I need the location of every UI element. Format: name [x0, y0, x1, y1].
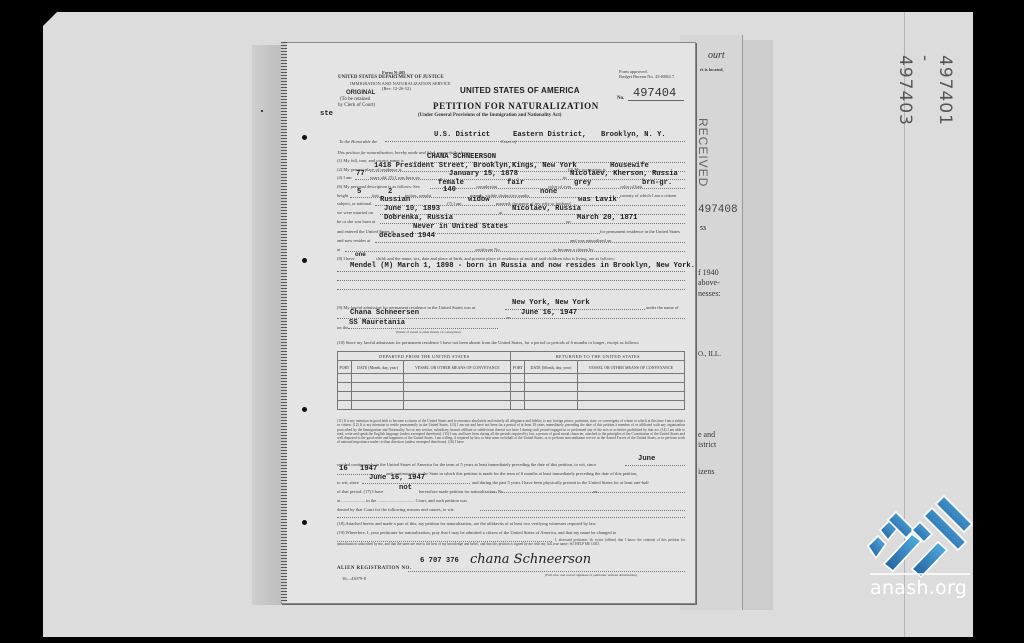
marriage-place-value: Nicolaev, Russia — [512, 205, 581, 213]
oath-text: I, aforesaid petitioner, do swear (affir… — [337, 538, 685, 547]
spouse-residence-value: deceased 1944 — [379, 232, 435, 240]
returned-header: RETURNED TO THE UNITED STATES — [511, 352, 685, 361]
court-city: Brooklyn, N. Y. — [601, 131, 666, 139]
q17-value: not — [399, 484, 412, 492]
margin-text-ste: ste — [320, 110, 333, 118]
q18-text: (18) Attached hereto and made a part of … — [337, 521, 596, 526]
absence-table: DEPARTED FROM THE UNITED STATES RETURNED… — [337, 351, 685, 410]
petition-number: 497404 — [633, 86, 676, 100]
background-text-nesses: nesses: — [698, 289, 721, 298]
line — [410, 233, 600, 234]
petition-title: PETITION FOR NATURALIZATION — [433, 101, 599, 111]
resided-day-value: 16 — [339, 465, 348, 473]
perforated-edge — [281, 42, 287, 602]
retained-note-1: (To be retained — [340, 97, 370, 102]
form-code: 16—43079-8 — [342, 576, 366, 581]
col-port: PORT — [338, 361, 352, 374]
table-row — [338, 392, 685, 401]
background-text-above: above- — [698, 278, 720, 287]
original-label: ORIGINAL — [346, 90, 375, 96]
background-text-citizens: izens — [698, 467, 714, 476]
permanent-residence-label: for permanent residence in the United St… — [600, 229, 680, 234]
spouse-value: was Lavik — [578, 196, 617, 204]
admission-date-value: June 16, 1947 — [521, 309, 577, 317]
line — [345, 251, 685, 252]
background-petition-number: 497408 — [698, 204, 738, 216]
signature-note: (Full, true, and correct signature of pe… — [545, 573, 637, 577]
subject-label: subject, or national — [337, 201, 371, 206]
full-name-value: CHANA SCHNEERSON — [427, 153, 496, 161]
children-label: child; and the name, sex, date and place… — [376, 256, 615, 261]
to-wit-label: to wit, since — [337, 480, 359, 485]
occupation-value: Housewife — [610, 162, 649, 170]
budget-bureau: Budget Bureau No. 43-R082.7. — [619, 74, 675, 79]
background-text-and: e and — [698, 430, 715, 439]
col-date: DATE (Month, day, year) — [351, 361, 404, 374]
petitioner-signature: chana Schneerson — [470, 552, 591, 567]
admission-name-value: Chana Schneersen — [350, 309, 419, 317]
court-line-text: at ..................... in the ........… — [337, 498, 467, 503]
line — [337, 517, 685, 518]
height-label: height — [337, 193, 348, 198]
line — [337, 280, 685, 281]
punch-hole — [302, 407, 307, 412]
hair-value: brn-gr. — [642, 179, 672, 187]
punch-hole — [302, 258, 307, 263]
petition-number-underline — [628, 100, 684, 101]
sheet-shadow — [252, 45, 282, 605]
birth-date-value: January 15, 1878 — [449, 170, 518, 178]
denied-text: denied by that Court for the following r… — [337, 507, 454, 512]
complexion-value: fair — [507, 179, 524, 187]
district-name: Eastern District, — [513, 131, 586, 139]
line — [430, 188, 685, 189]
vessel-note: (Name of vessel or other means of convey… — [396, 330, 461, 334]
background-text-ill: O., ILL. — [698, 350, 721, 358]
line — [490, 492, 685, 493]
punch-hole — [302, 135, 307, 140]
petition-subtitle: (Under General Provisions of the Immigra… — [418, 113, 561, 118]
country-heading: UNITED STATES OF AMERICA — [460, 86, 580, 95]
stamp-received: RECEIVED — [696, 118, 710, 187]
spouse-entry-value: Never in United States — [413, 223, 508, 231]
physical-text: and during the past 5 years I have been … — [472, 480, 649, 485]
line — [625, 465, 685, 466]
honorable-label: To the Honorable the — [339, 139, 377, 144]
admission-place-value: New York, New York — [512, 299, 590, 307]
vessel-value: SS Mauretania — [349, 319, 405, 327]
table-row — [338, 383, 685, 392]
background-sheet-top-word: ourt — [708, 50, 725, 61]
col-vessel: VESSEL OR OTHER MEANS OF CONVEYANCE — [577, 361, 684, 374]
background-number2: 53 — [700, 226, 706, 232]
board-corner-notch — [43, 12, 57, 26]
departed-header: DEPARTED FROM THE UNITED STATES — [338, 352, 511, 361]
line — [337, 289, 685, 290]
at-label: at — [337, 247, 340, 252]
line — [362, 483, 470, 484]
q4-label: (4) I am — [337, 175, 352, 180]
eyes-value: grey — [574, 179, 591, 187]
margin-handwritten-numbers: 497401 - 497403 — [895, 55, 955, 126]
birth-place-value: Nicolaev, Kherson, Russia — [570, 170, 678, 178]
retained-note-2: by Clerk of Court) — [338, 103, 375, 108]
marital-status-value: widow — [468, 196, 490, 204]
petition-sheet — [281, 42, 696, 604]
q19-text: (19) Wherefore, I, your petitioner for n… — [337, 530, 616, 535]
table-row — [338, 401, 685, 410]
col-vessel: VESSEL OR OTHER MEANS OF CONVEYANCE — [404, 361, 511, 374]
admission-name-label: under the name of — [646, 305, 679, 310]
citizen-label: country of which I am a citizen — [620, 193, 676, 198]
resides-label: and now resides at — [337, 238, 370, 243]
punch-hole — [302, 520, 307, 525]
line — [348, 328, 498, 329]
marriage-date-value: June 10, 1893 — [384, 205, 440, 213]
watermark-text: anash.org — [870, 577, 967, 599]
child-entry-value: Mendel (M) March 1, 1898 - born in Russi… — [350, 262, 695, 270]
background-text-1940: f 1940 — [698, 268, 719, 277]
court-line — [385, 141, 685, 142]
spouse-birthplace-value: Dobrenka, Russia — [384, 214, 453, 222]
height-inches-value: 2 — [388, 188, 392, 196]
spouse-birth-date-value: March 20, 1871 — [577, 214, 637, 222]
form-revision: (Rev. 12-26-52) — [382, 86, 411, 91]
number-label: No. — [617, 96, 624, 101]
q6-label: (6) My personal description is as follow… — [337, 184, 420, 189]
punch-hole — [261, 110, 263, 112]
alien-registration-number: 6 707 376 — [420, 557, 459, 565]
line — [480, 510, 685, 511]
line — [375, 242, 685, 243]
weight-value: 140 — [443, 186, 456, 194]
alien-registration-label: ALIEN REGISTRATION NO. — [337, 566, 411, 571]
signature-line — [408, 571, 685, 572]
col-date: DATE (Month, day, year) — [525, 361, 578, 374]
declaration-paragraph: (11) It is my intention in good faith to… — [337, 419, 685, 445]
state-since-value: June 16, 1947 — [369, 474, 425, 482]
vessel-prefix: on the — [337, 325, 348, 330]
background-sheet-top-note: rt is located, — [700, 67, 724, 72]
spouse-born-label: he or she was born at — [337, 219, 375, 224]
q17-prefix: of that period. (17) I have — [337, 489, 383, 494]
nationality-value: Russian — [380, 196, 410, 204]
q8-label: (8) I have — [337, 256, 355, 261]
married-label: we were married on — [337, 210, 373, 215]
line — [337, 271, 685, 272]
residence-value: 1418 President Street, Brooklyn,Kings, N… — [374, 162, 577, 170]
department-name: UNITED STATES DEPARTMENT OF JUSTICE — [338, 75, 444, 80]
background-text-district: istrict — [698, 440, 716, 449]
q10-label: (10) Since my lawful admission for perma… — [337, 340, 639, 345]
height-feet-value: 5 — [357, 188, 361, 196]
resided-month-value: June — [638, 455, 655, 463]
children-count-value: one — [355, 251, 366, 258]
resided-year-value: 1947 — [360, 465, 377, 473]
court-name: U.S. District — [434, 131, 490, 139]
table-row — [338, 374, 685, 383]
marks-value: none — [540, 188, 557, 196]
col-port: PORT — [511, 361, 525, 374]
age-value: 77 — [356, 170, 365, 178]
